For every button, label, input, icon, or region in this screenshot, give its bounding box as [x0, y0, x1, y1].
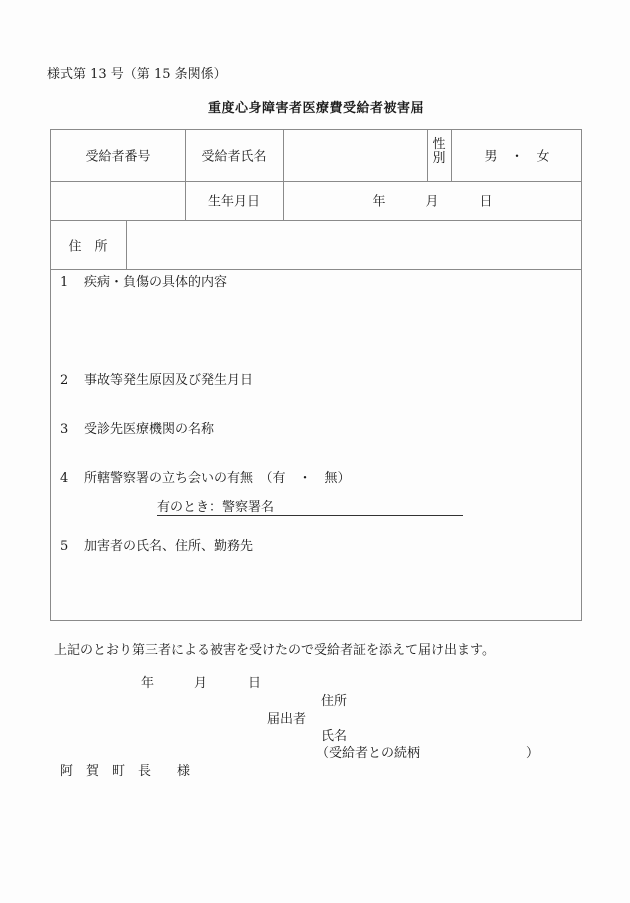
item-number: 1: [60, 275, 84, 290]
item-number: 3: [60, 422, 84, 437]
notifier-address-label: 住所: [321, 690, 347, 709]
gender-label: 性 別: [427, 138, 451, 166]
relationship-close: ）: [526, 742, 539, 761]
item-label: 所轄警察署の立ち会いの有無 （有 ・ 無）: [84, 471, 351, 486]
recipient-name-label: 受給者氏名: [201, 146, 266, 165]
item-medical-institution: 3受診先医療機関の名称: [60, 418, 214, 437]
recipient-name-field[interactable]: [286, 131, 425, 179]
police-station-field[interactable]: 有のとき：警察署名: [157, 500, 463, 516]
declaration-text: 上記のとおり第三者による被害を受けたので受給者証を添えて届け出ます。: [54, 639, 495, 658]
relationship-label: （受給者との続柄: [316, 742, 420, 761]
gender-options[interactable]: 男 ・ 女: [484, 146, 549, 165]
gender-label-line2: 別: [427, 152, 451, 166]
address-label: 住 所: [68, 236, 107, 255]
item-injury-details: 1疾病・負傷の具体的内容: [60, 271, 227, 290]
item-label: 事故等発生原因及び発生月日: [84, 373, 253, 388]
row-divider-3: [50, 269, 582, 270]
item-number: 2: [60, 373, 84, 388]
address-field[interactable]: [128, 222, 580, 268]
item-label: 加害者の氏名、住所、勤務先: [84, 539, 253, 554]
item-perpetrator-info: 5加害者の氏名、住所、勤務先: [60, 535, 253, 554]
col-divider-2: [283, 129, 284, 220]
date-day: 日: [248, 672, 261, 691]
addressee: 阿 賀 町 長 様: [60, 760, 190, 779]
document-title: 重度心身障害者医療費受給者被害届: [208, 97, 424, 116]
col-divider-address: [126, 220, 127, 269]
item-number: 5: [60, 539, 84, 554]
birth-year-unit: 年: [372, 191, 385, 210]
gender-label-line1: 性: [427, 138, 451, 152]
item-accident-cause: 2事故等発生原因及び発生月日: [60, 369, 253, 388]
birth-month-unit: 月: [425, 191, 438, 210]
birth-day-unit: 日: [479, 191, 492, 210]
item-police-presence: 4所轄警察署の立ち会いの有無 （有 ・ 無）: [60, 467, 351, 486]
row-divider-1: [50, 181, 582, 182]
recipient-number-label: 受給者番号: [85, 146, 150, 165]
form-number: 様式第 13 号（第 15 条関係）: [47, 63, 227, 82]
recipient-number-field[interactable]: [52, 183, 183, 219]
item-number: 4: [60, 471, 84, 486]
notifier-label: 届出者: [267, 708, 306, 727]
date-month: 月: [194, 672, 207, 691]
date-year: 年: [141, 672, 154, 691]
birthdate-label: 生年月日: [208, 191, 260, 210]
item-label: 受診先医療機関の名称: [84, 422, 214, 437]
col-divider-1: [185, 129, 186, 220]
item-label: 疾病・負傷の具体的内容: [84, 275, 227, 290]
row-divider-2: [50, 220, 582, 221]
col-divider-4: [451, 129, 452, 181]
